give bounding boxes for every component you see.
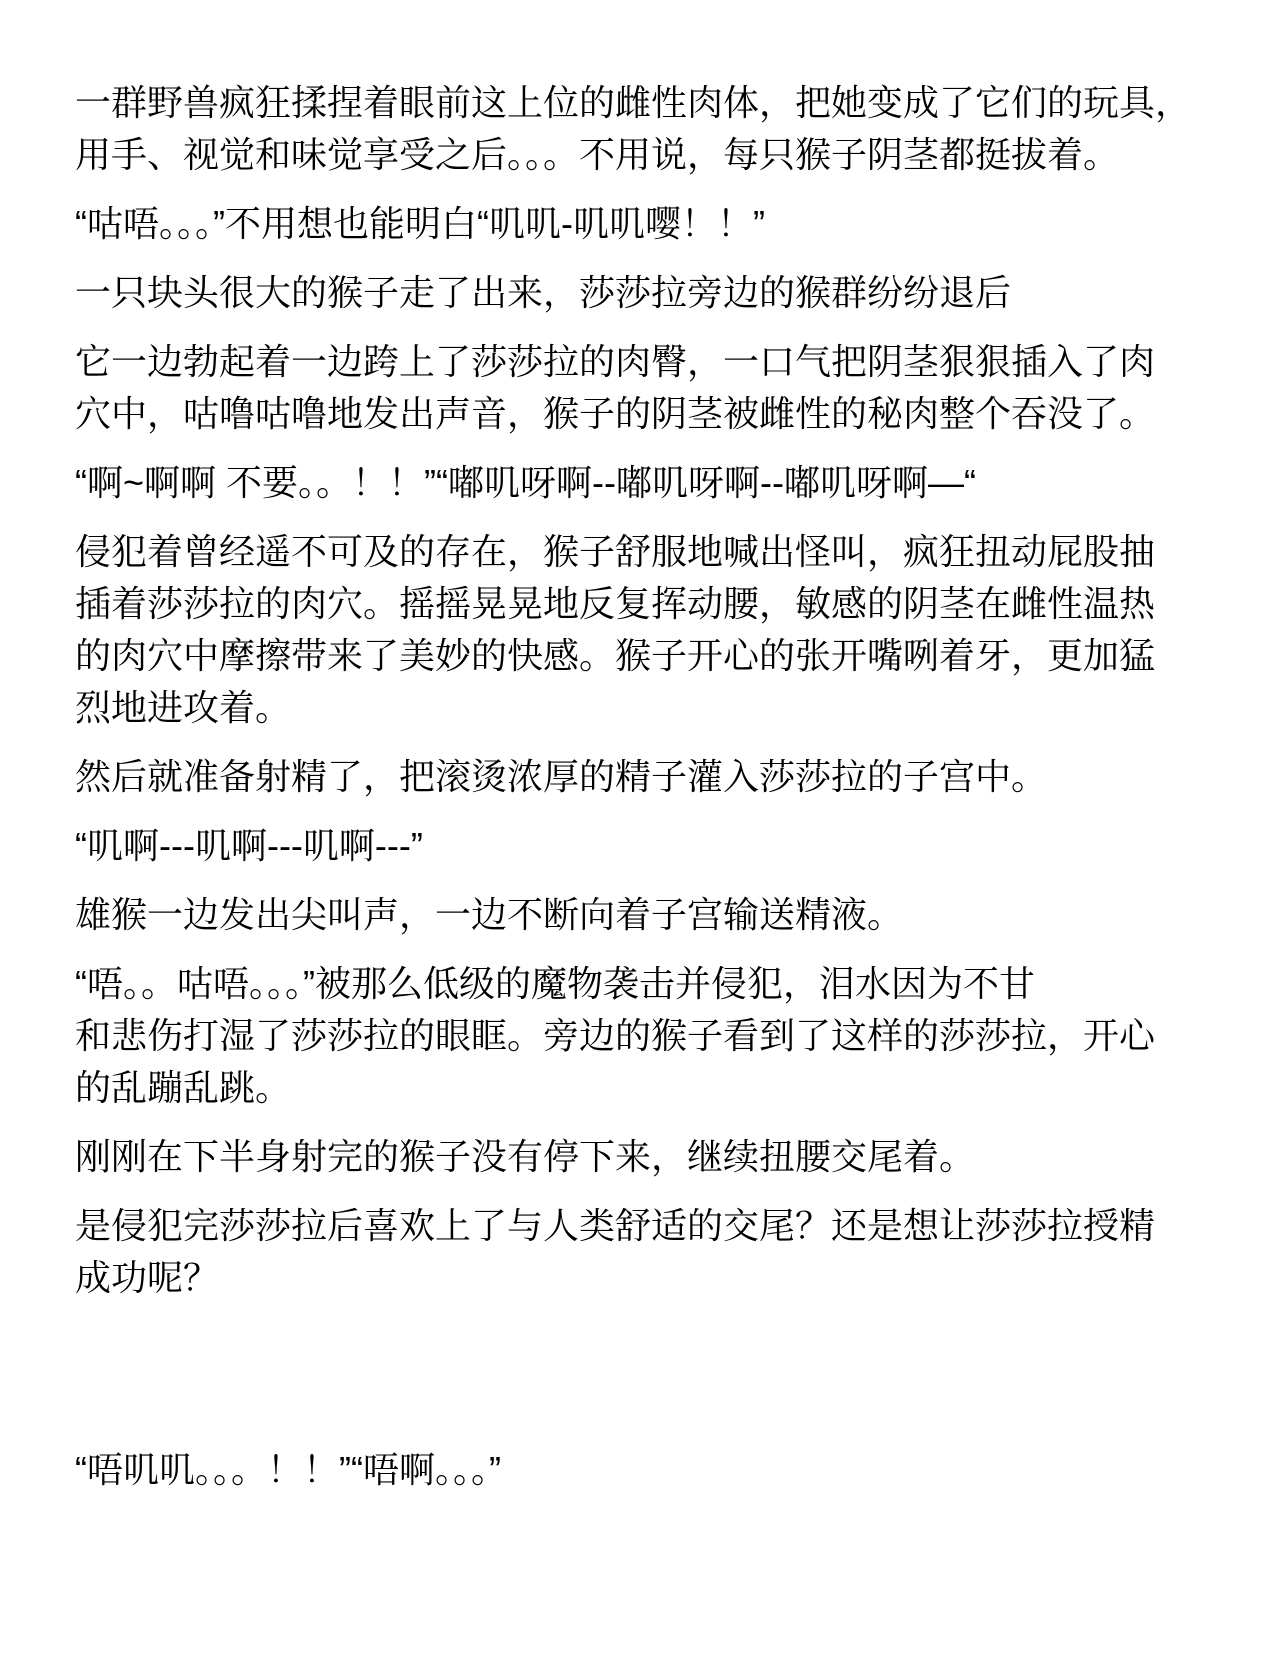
text-content: 一群野兽疯狂揉捏着眼前这上位的雌性肉体，把她变成了它们的玩具， 用手、视觉和味觉… xyxy=(0,0,1280,1656)
paragraph-6: 侵犯着曾经遥不可及的存在，猴子舒服地喊出怪叫，疯狂扭动屁股抽 插着莎莎拉的肉穴。… xyxy=(75,526,1230,734)
paragraph-12: 是侵犯完莎莎拉后喜欢上了与人类舒适的交尾？还是想让莎莎拉授精 成功呢？ xyxy=(75,1200,1230,1304)
paragraph-2: “咕唔。。。”不用想也能明白“叽叽-叽叽嘤！！” xyxy=(75,198,1230,250)
paragraph-4: 它一边勃起着一边跨上了莎莎拉的肉臀，一口气把阴茎狠狠插入了肉 穴中，咕噜咕噜地发… xyxy=(75,336,1230,440)
paragraph-7: 然后就准备射精了，把滚烫浓厚的精子灌入莎莎拉的子宫中。 xyxy=(75,751,1230,803)
paragraph-10: “唔。。咕唔。。。”被那么低级的魔物袭击并侵犯，泪水因为不甘 和悲伤打湿了莎莎拉… xyxy=(75,958,1230,1114)
paragraph-11: 刚刚在下半身射完的猴子没有停下来，继续扭腰交尾着。 xyxy=(75,1131,1230,1183)
paragraph-13: “唔叽叽。。。！！”“唔啊。。。” xyxy=(75,1444,1230,1496)
paragraph-3: 一只块头很大的猴子走了出来，莎莎拉旁边的猴群纷纷退后 xyxy=(75,267,1230,319)
paragraph-9: 雄猴一边发出尖叫声，一边不断向着子宫输送精液。 xyxy=(75,889,1230,941)
paragraph-1: 一群野兽疯狂揉捏着眼前这上位的雌性肉体，把她变成了它们的玩具， 用手、视觉和味觉… xyxy=(75,77,1230,181)
paragraph-8: “叽啊---叽啊---叽啊---” xyxy=(75,820,1230,872)
paragraph-5: “啊~啊啊 不要。。！！”“嘟叽呀啊--嘟叽呀啊--嘟叽呀啊—“ xyxy=(75,457,1230,509)
document-page: { "page": { "background_color": "#ffffff… xyxy=(0,0,1280,1656)
